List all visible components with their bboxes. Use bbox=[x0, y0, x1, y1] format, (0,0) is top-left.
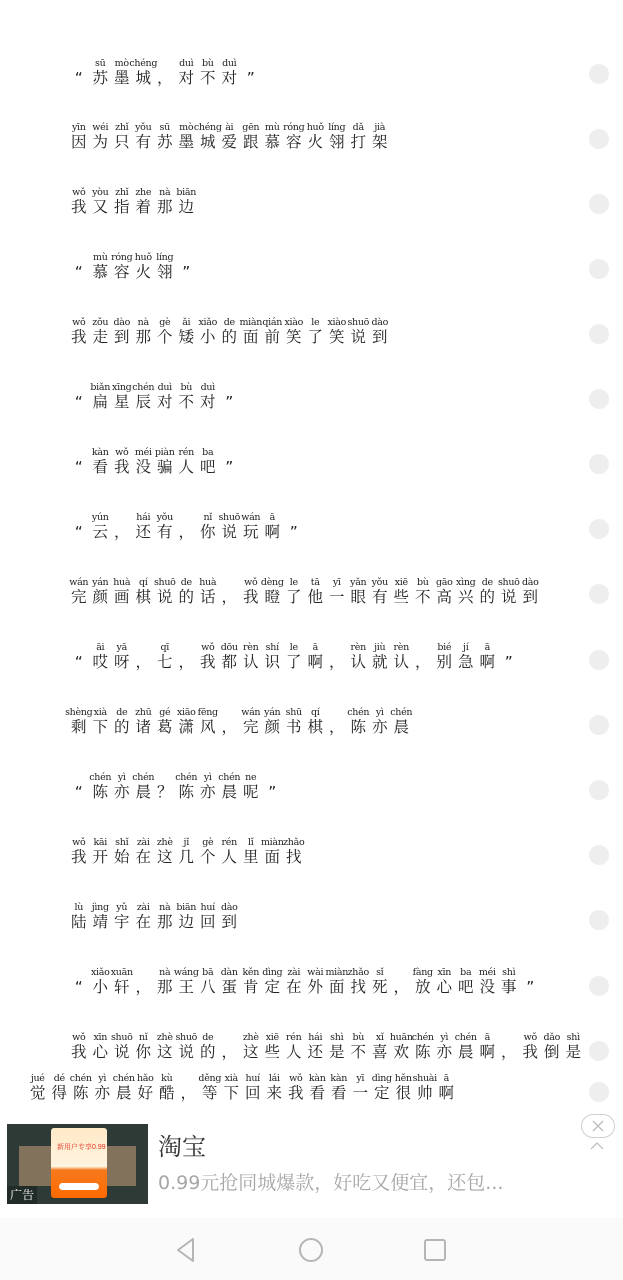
ruby-character: rèn认 bbox=[240, 642, 262, 671]
nav-home-button[interactable] bbox=[297, 1236, 325, 1264]
pinyin-annotation: hái bbox=[136, 512, 150, 523]
hanzi: ” bbox=[505, 653, 513, 671]
line-audio-dot[interactable] bbox=[589, 1041, 609, 1061]
punctuation: ， bbox=[133, 642, 155, 671]
pinyin-annotation: yán bbox=[92, 577, 108, 588]
pinyin-annotation: yì bbox=[98, 1073, 106, 1084]
ruby-character: shǐ始 bbox=[111, 837, 133, 866]
hanzi: 完 bbox=[71, 588, 87, 606]
ruby-character: yì亦 bbox=[434, 1032, 456, 1061]
ruby-character: nà那 bbox=[154, 902, 176, 931]
pinyin-annotation: yā bbox=[117, 642, 127, 653]
hanzi: ” bbox=[247, 69, 255, 87]
hanzi: 没 bbox=[135, 458, 151, 476]
ruby-character: biān边 bbox=[176, 902, 198, 931]
ruby-character: zài在 bbox=[283, 967, 305, 996]
pinyin-annotation: le bbox=[290, 642, 298, 653]
pinyin-annotation: shì bbox=[502, 967, 515, 978]
hanzi: “ bbox=[75, 978, 83, 996]
line-audio-dot[interactable] bbox=[589, 1082, 609, 1102]
ruby-character: duì对 bbox=[154, 382, 176, 411]
pinyin-annotation: duì bbox=[158, 382, 172, 393]
pinyin-annotation: shuō bbox=[498, 577, 520, 588]
hanzi: 只 bbox=[114, 133, 130, 151]
hanzi: 找 bbox=[286, 848, 302, 866]
hanzi: 倒 bbox=[544, 1043, 560, 1061]
punctuation: ， bbox=[412, 642, 434, 671]
pinyin-annotation: xiǎo bbox=[198, 317, 217, 328]
line-audio-dot[interactable] bbox=[589, 715, 609, 735]
line-audio-dot[interactable] bbox=[589, 780, 609, 800]
hanzi: 呢 bbox=[243, 783, 259, 801]
text-line: “biǎn扁xīng星chén辰duì对bù不duì对” bbox=[68, 382, 240, 411]
ruby-character: zhǎo找 bbox=[283, 837, 305, 866]
hanzi: 苏 bbox=[92, 69, 108, 87]
ruby-character: shí识 bbox=[262, 642, 284, 671]
pinyin-annotation: bié bbox=[437, 642, 451, 653]
pinyin-annotation: dǎ bbox=[353, 122, 364, 133]
hanzi: ， bbox=[114, 523, 130, 541]
ruby-character: yì亦 bbox=[111, 772, 133, 801]
ruby-character: gè个 bbox=[197, 837, 219, 866]
ruby-character: líng翎 bbox=[326, 122, 348, 151]
hanzi: 指 bbox=[114, 198, 130, 216]
pinyin-annotation: fàng bbox=[413, 967, 433, 978]
ruby-character: yòu又 bbox=[90, 187, 112, 216]
hanzi: 认 bbox=[393, 653, 409, 671]
hanzi: 吧 bbox=[458, 978, 474, 996]
ruby-character: fàng放 bbox=[412, 967, 434, 996]
pinyin-annotation: xuān bbox=[111, 967, 133, 978]
hanzi: ” bbox=[225, 458, 233, 476]
hanzi: 回 bbox=[200, 913, 216, 931]
text-line: wǒ我kāi开shǐ始zài在zhè这jǐ几gè个rén人lǐ里miàn面zhǎ… bbox=[68, 837, 305, 866]
pinyin-annotation: chén bbox=[70, 1073, 92, 1084]
ruby-character: lái来 bbox=[264, 1073, 286, 1102]
hanzi: 不 bbox=[415, 588, 431, 606]
hanzi: 几 bbox=[178, 848, 194, 866]
ruby-character: yī一 bbox=[350, 1073, 372, 1102]
pinyin-annotation: xiǎo bbox=[91, 967, 110, 978]
pinyin-annotation: lù bbox=[74, 902, 83, 913]
hanzi: 瞪 bbox=[264, 588, 280, 606]
ruby-character: xiào笑 bbox=[283, 317, 305, 346]
ruby-character: jué觉 bbox=[27, 1073, 49, 1102]
pinyin-annotation: dào bbox=[371, 317, 388, 328]
hanzi: 外 bbox=[307, 978, 323, 996]
ruby-character: shì是 bbox=[563, 1032, 585, 1061]
pinyin-annotation: zhè bbox=[157, 837, 173, 848]
ruby-character: rèn认 bbox=[348, 642, 370, 671]
pinyin-annotation: zài bbox=[137, 837, 150, 848]
ruby-character: ā啊 bbox=[436, 1073, 458, 1102]
pinyin-annotation: chén bbox=[218, 772, 240, 783]
hanzi: ， bbox=[329, 718, 345, 736]
pinyin-annotation: xīn bbox=[437, 967, 451, 978]
ruby-character: gè个 bbox=[154, 317, 176, 346]
nav-back-button[interactable] bbox=[172, 1236, 200, 1264]
ruby-character: mù慕 bbox=[90, 252, 112, 281]
hanzi: “ bbox=[75, 458, 83, 476]
pinyin-annotation: chén bbox=[175, 772, 197, 783]
hanzi: 认 bbox=[350, 653, 366, 671]
pinyin-annotation: miàn bbox=[239, 317, 262, 328]
line-audio-dot[interactable] bbox=[589, 259, 609, 279]
pinyin-annotation: gè bbox=[202, 837, 213, 848]
pinyin-annotation: shuài bbox=[413, 1073, 437, 1084]
ad-description[interactable]: 0.99元抢同城爆款，好吃又便宜，还包... bbox=[158, 1170, 503, 1196]
pinyin-annotation: zhǐ bbox=[115, 187, 128, 198]
ruby-character: dào到 bbox=[219, 902, 241, 931]
ad-close-button[interactable] bbox=[581, 1114, 615, 1138]
ruby-character: rén人 bbox=[283, 1032, 305, 1061]
hanzi: 那 bbox=[157, 913, 173, 931]
ruby-character: yǒu有 bbox=[133, 122, 155, 151]
pinyin-annotation: dé bbox=[54, 1073, 65, 1084]
ruby-character: zhǐ只 bbox=[111, 122, 133, 151]
hanzi: 风 bbox=[200, 718, 216, 736]
punctuation: ， bbox=[219, 577, 241, 606]
ruby-character: ā啊 bbox=[305, 642, 327, 671]
pinyin-annotation: huí bbox=[246, 1073, 260, 1084]
hanzi: 靖 bbox=[92, 913, 108, 931]
pinyin-annotation: dìng bbox=[262, 967, 282, 978]
punctuation: ， bbox=[176, 642, 198, 671]
hanzi: 看 bbox=[309, 1084, 325, 1102]
ruby-character: chén晨 bbox=[133, 772, 155, 801]
punctuation: “ bbox=[68, 447, 90, 476]
pinyin-annotation: shuō bbox=[347, 317, 369, 328]
hanzi: 潇 bbox=[178, 718, 194, 736]
ruby-character: kàn看 bbox=[328, 1073, 350, 1102]
line-audio-dot[interactable] bbox=[589, 454, 609, 474]
hanzi: 陈 bbox=[178, 783, 194, 801]
ruby-character: huǒ火 bbox=[305, 122, 327, 151]
hanzi: ？ bbox=[157, 783, 173, 801]
ruby-character: wǒ我 bbox=[285, 1073, 307, 1102]
hanzi: ” bbox=[290, 523, 298, 541]
ruby-character: wǒ我 bbox=[111, 447, 133, 476]
hanzi: 打 bbox=[350, 133, 366, 151]
ad-banner[interactable]: 新用户专享0.99 广告 淘宝 0.99元抢同城爆款，好吃又便宜，还包... bbox=[0, 1118, 623, 1212]
pinyin-annotation: zhè bbox=[243, 1032, 259, 1043]
pinyin-annotation: shì bbox=[567, 1032, 580, 1043]
hanzi: 亦 bbox=[94, 1084, 110, 1102]
pinyin-annotation: ba bbox=[202, 447, 213, 458]
hanzi: 就 bbox=[372, 653, 388, 671]
pinyin-annotation: líng bbox=[156, 252, 173, 263]
hanzi: 云 bbox=[92, 523, 108, 541]
ruby-character: chén陈 bbox=[348, 707, 370, 736]
pinyin-annotation: gēn bbox=[242, 122, 259, 133]
hanzi: ， bbox=[329, 653, 345, 671]
pinyin-annotation: de bbox=[202, 1032, 213, 1043]
hanzi: 陈 bbox=[73, 1084, 89, 1102]
ruby-character: huà话 bbox=[197, 577, 219, 606]
ruby-character: wéi为 bbox=[90, 122, 112, 151]
pinyin-annotation: mò bbox=[179, 122, 193, 133]
hanzi: 慕 bbox=[264, 133, 280, 151]
hanzi: 蛋 bbox=[221, 978, 237, 996]
hanzi: 扁 bbox=[92, 393, 108, 411]
text-line: “kàn看wǒ我méi没piàn骗rén人ba吧” bbox=[68, 447, 240, 476]
hanzi: “ bbox=[75, 653, 83, 671]
hanzi: ， bbox=[135, 978, 151, 996]
ruby-character: chéng城 bbox=[197, 122, 219, 151]
pinyin-annotation: dèng bbox=[261, 577, 284, 588]
hanzi: 人 bbox=[221, 848, 237, 866]
line-audio-dot[interactable] bbox=[589, 910, 609, 930]
hanzi: 七 bbox=[157, 653, 173, 671]
pinyin-annotation: sǐ bbox=[376, 967, 383, 978]
hanzi: 翎 bbox=[329, 133, 345, 151]
pinyin-annotation: nà bbox=[138, 317, 149, 328]
hanzi: 得 bbox=[51, 1084, 67, 1102]
ruby-character: dōu都 bbox=[219, 642, 241, 671]
ruby-character: jiù就 bbox=[369, 642, 391, 671]
pinyin-annotation: wán bbox=[69, 577, 88, 588]
pinyin-annotation: gāo bbox=[436, 577, 453, 588]
line-audio-dot[interactable] bbox=[589, 519, 609, 539]
hanzi: 星 bbox=[114, 393, 130, 411]
hanzi: 我 bbox=[200, 653, 216, 671]
line-audio-dot[interactable] bbox=[589, 584, 609, 604]
pinyin-annotation: duì bbox=[222, 58, 236, 69]
ruby-character: chén晨 bbox=[219, 772, 241, 801]
text-line: “mù慕róng容huǒ火líng翎” bbox=[68, 252, 197, 281]
pinyin-annotation: huí bbox=[201, 902, 215, 913]
hanzi: 晨 bbox=[116, 1084, 132, 1102]
ruby-character: xiào笑 bbox=[326, 317, 348, 346]
line-audio-dot[interactable] bbox=[589, 389, 609, 409]
pinyin-annotation: yì bbox=[204, 772, 212, 783]
hanzi: 火 bbox=[135, 263, 151, 281]
hanzi: 呀 bbox=[114, 653, 130, 671]
pinyin-annotation: āi bbox=[96, 642, 104, 653]
pinyin-annotation: le bbox=[290, 577, 298, 588]
punctuation: ， bbox=[219, 1032, 241, 1061]
hanzi: “ bbox=[75, 393, 83, 411]
ruby-character: huí回 bbox=[242, 1073, 264, 1102]
ruby-character: qí棋 bbox=[305, 707, 327, 736]
hanzi: 些 bbox=[264, 1043, 280, 1061]
pinyin-annotation: dào bbox=[221, 902, 238, 913]
hanzi: 矮 bbox=[178, 328, 194, 346]
pinyin-annotation: de bbox=[482, 577, 493, 588]
pinyin-annotation: zhū bbox=[135, 707, 151, 718]
ruby-character: wǒ我 bbox=[68, 317, 90, 346]
ruby-character: biǎn扁 bbox=[90, 382, 112, 411]
pinyin-annotation: kàn bbox=[330, 1073, 347, 1084]
hanzi: 人 bbox=[286, 1043, 302, 1061]
line-audio-dot[interactable] bbox=[589, 324, 609, 344]
pinyin-annotation: chén bbox=[412, 1032, 434, 1043]
punctuation: ， bbox=[219, 707, 241, 736]
pinyin-annotation: zhǐ bbox=[115, 122, 128, 133]
hanzi: ” bbox=[182, 263, 190, 281]
ruby-character: zài在 bbox=[133, 837, 155, 866]
hanzi: 画 bbox=[114, 588, 130, 606]
pinyin-annotation: chén bbox=[113, 1073, 135, 1084]
pinyin-annotation: yún bbox=[92, 512, 109, 523]
ruby-character: chén晨 bbox=[391, 707, 413, 736]
pinyin-annotation: kāi bbox=[93, 837, 107, 848]
hanzi: 他 bbox=[307, 588, 323, 606]
ruby-character: biān边 bbox=[176, 187, 198, 216]
pinyin-annotation: shuō bbox=[175, 1032, 197, 1043]
ruby-character: ǎi矮 bbox=[176, 317, 198, 346]
ruby-character: jǐ几 bbox=[176, 837, 198, 866]
pinyin-annotation: ā bbox=[485, 1032, 490, 1043]
text-line: shèng剩xià下de的zhū诸gé葛xiāo潇fēng风，wán完yán颜s… bbox=[68, 707, 412, 736]
hanzi: 城 bbox=[135, 69, 151, 87]
hanzi: 诸 bbox=[135, 718, 151, 736]
pinyin-annotation: kàn bbox=[92, 447, 109, 458]
ruby-character: piàn骗 bbox=[154, 447, 176, 476]
pinyin-annotation: jiù bbox=[374, 642, 385, 653]
ruby-character: zhè这 bbox=[240, 1032, 262, 1061]
pinyin-annotation: wán bbox=[241, 512, 260, 523]
hanzi: 这 bbox=[157, 848, 173, 866]
hanzi: 啊 bbox=[307, 653, 323, 671]
pinyin-annotation: shí bbox=[266, 642, 279, 653]
line-audio-dot[interactable] bbox=[589, 976, 609, 996]
nav-recents-button[interactable] bbox=[421, 1236, 449, 1264]
hanzi: 面 bbox=[243, 328, 259, 346]
line-audio-dot[interactable] bbox=[589, 650, 609, 670]
pinyin-annotation: dǎo bbox=[543, 1032, 560, 1043]
ruby-character: huǒ火 bbox=[133, 252, 155, 281]
punctuation: ” bbox=[283, 512, 305, 541]
hanzi: 宇 bbox=[114, 913, 130, 931]
hanzi: 识 bbox=[264, 653, 280, 671]
ruby-character: bā八 bbox=[197, 967, 219, 996]
pinyin-annotation: wǒ bbox=[72, 317, 85, 328]
pinyin-annotation: huān bbox=[390, 1032, 413, 1043]
pinyin-annotation: ā bbox=[313, 642, 318, 653]
hanzi: ， bbox=[221, 1043, 237, 1061]
pinyin-annotation: yì bbox=[118, 772, 126, 783]
hanzi: 着 bbox=[135, 198, 151, 216]
ruby-character: děng等 bbox=[199, 1073, 221, 1102]
line-audio-dot[interactable] bbox=[589, 845, 609, 865]
hanzi: 对 bbox=[178, 69, 194, 87]
pinyin-annotation: chéng bbox=[194, 122, 222, 133]
hanzi: 说 bbox=[221, 523, 237, 541]
ruby-character: nǐ你 bbox=[197, 512, 219, 541]
hanzi: 觉 bbox=[30, 1084, 46, 1102]
ruby-character: zhe着 bbox=[133, 187, 155, 216]
ruby-character: yì亦 bbox=[369, 707, 391, 736]
pinyin-annotation: shū bbox=[286, 707, 302, 718]
punctuation: ” bbox=[520, 967, 542, 996]
line-audio-dot[interactable] bbox=[589, 64, 609, 84]
hanzi: 是 bbox=[565, 1043, 581, 1061]
pinyin-annotation: bù bbox=[417, 577, 429, 588]
ad-thumbnail[interactable]: 新用户专享0.99 广告 bbox=[7, 1124, 148, 1204]
pinyin-annotation: ne bbox=[245, 772, 256, 783]
home-circle-icon bbox=[297, 1236, 325, 1264]
ruby-character: yǒu有 bbox=[154, 512, 176, 541]
pinyin-annotation: duì bbox=[179, 58, 193, 69]
hanzi: 下 bbox=[223, 1084, 239, 1102]
hanzi: 晨 bbox=[393, 718, 409, 736]
hanzi: 不 bbox=[178, 393, 194, 411]
hanzi: 啊 bbox=[479, 653, 495, 671]
hanzi: 放 bbox=[415, 978, 431, 996]
pinyin-annotation: de bbox=[181, 577, 192, 588]
line-audio-dot[interactable] bbox=[589, 129, 609, 149]
pinyin-annotation: dìng bbox=[372, 1073, 392, 1084]
hanzi: 棋 bbox=[307, 718, 323, 736]
ruby-character: qí棋 bbox=[133, 577, 155, 606]
pinyin-annotation: shì bbox=[330, 1032, 343, 1043]
pinyin-annotation: yī bbox=[356, 1073, 364, 1084]
punctuation: ， bbox=[498, 1032, 520, 1061]
pinyin-annotation: rèn bbox=[394, 642, 409, 653]
pinyin-annotation: lǐ bbox=[248, 837, 253, 848]
hanzi: 说 bbox=[157, 588, 173, 606]
hanzi: 在 bbox=[286, 978, 302, 996]
pinyin-annotation: jí bbox=[463, 642, 468, 653]
hanzi: 我 bbox=[71, 328, 87, 346]
hanzi: 八 bbox=[200, 978, 216, 996]
ad-title[interactable]: 淘宝 bbox=[158, 1132, 206, 1162]
chevron-up-icon[interactable] bbox=[588, 1140, 606, 1150]
pinyin-annotation: tā bbox=[311, 577, 320, 588]
pinyin-annotation: nà bbox=[159, 187, 170, 198]
pinyin-annotation: yǔ bbox=[116, 902, 127, 913]
text-line: wǒ我yòu又zhǐ指zhe着nà那biān边 bbox=[68, 187, 197, 216]
ruby-character: ā啊 bbox=[262, 512, 284, 541]
ruby-character: shèng剩 bbox=[68, 707, 90, 736]
pinyin-annotation: bù bbox=[202, 58, 214, 69]
pinyin-annotation: yì bbox=[376, 707, 384, 718]
ruby-character: chén辰 bbox=[133, 382, 155, 411]
pinyin-annotation: sū bbox=[95, 58, 105, 69]
ruby-character: ā啊 bbox=[477, 1032, 499, 1061]
line-audio-dot[interactable] bbox=[589, 194, 609, 214]
hanzi: “ bbox=[75, 783, 83, 801]
text-line: “āi哎yā呀，qī七，wǒ我dōu都rèn认shí识le了ā啊，rèn认jiù… bbox=[68, 642, 520, 671]
ruby-character: róng容 bbox=[283, 122, 305, 151]
pinyin-annotation: wéi bbox=[92, 122, 108, 133]
punctuation: ， bbox=[133, 967, 155, 996]
hanzi: 翎 bbox=[157, 263, 173, 281]
ruby-character: xiǎo小 bbox=[90, 967, 112, 996]
ruby-character: kàn看 bbox=[90, 447, 112, 476]
pinyin-annotation: zhǎo bbox=[348, 967, 369, 978]
ruby-character: shuài帅 bbox=[414, 1073, 436, 1102]
hanzi: 晨 bbox=[221, 783, 237, 801]
pinyin-annotation: bù bbox=[352, 1032, 364, 1043]
hanzi: 对 bbox=[200, 393, 216, 411]
hanzi: 为 bbox=[92, 133, 108, 151]
hanzi: 前 bbox=[264, 328, 280, 346]
ruby-character: gāo高 bbox=[434, 577, 456, 606]
pinyin-annotation: nà bbox=[159, 967, 170, 978]
ruby-character: āi哎 bbox=[90, 642, 112, 671]
pinyin-annotation: zhe bbox=[135, 187, 151, 198]
pinyin-annotation: chén bbox=[89, 772, 111, 783]
pinyin-annotation: gé bbox=[159, 707, 170, 718]
ruby-character: xīn心 bbox=[90, 1032, 112, 1061]
hanzi: 到 bbox=[372, 328, 388, 346]
ruby-character: tā他 bbox=[305, 577, 327, 606]
ruby-character: wǒ我 bbox=[68, 837, 90, 866]
pinyin-annotation: ài bbox=[225, 122, 233, 133]
ruby-character: yǎn眼 bbox=[348, 577, 370, 606]
